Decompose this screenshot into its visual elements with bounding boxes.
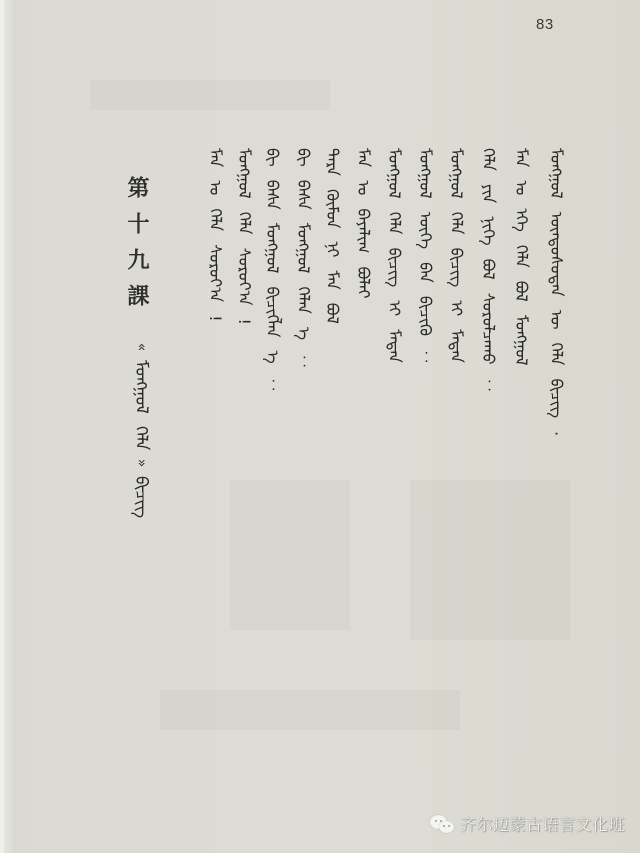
text-column-3: ᠬᠡᠯᠡ ᠶᠢᠨ ᠨᠢᠭᠡ ᠪᠣᠯ ᠰᠤᠷᠤᠯᠴᠠᠬᠤ ︰ [476,148,500,394]
text-column-2: ᠮᠠᠨ ᠤ ᠡᠬᠡ ᠬᠡᠯᠡ ᠪᠣᠯ ᠮᠣᠩᠭᠣᠯ [509,148,533,366]
watermark-text: 齐尔迈蒙古语言文化班 [460,812,625,835]
show-through-block [230,480,350,630]
show-through-block [410,480,570,640]
text-column-9: ᠪᠢ ᠪᠠᠰᠠ ᠮᠣᠩᠭᠣᠯ ᠬᠡᠯᠡᠨ ᠡ ︰ [291,148,315,369]
text-column-8: ᠲᠡᠷᠡ ᠬᠦᠮᠦᠨ ᠨᠢ ᠮᠠᠨ ᠪᠣᠯ [320,148,344,324]
subtitle-word: ᠬᠡᠯᠡ [130,426,152,450]
text-column-4: ᠮᠣᠩᠭᠣᠯ ᠬᠡᠯᠡ ᠪᠢᠴᠢᠭ ᠢ ᠮᠡᠳᠡᠨ [444,148,468,363]
open-quote: « [134,343,148,352]
show-through-block [160,690,460,730]
close-quote: » [134,459,148,468]
page-edge [0,0,4,853]
show-through-block [90,80,330,110]
text-column-6: ᠮᠣᠩᠭᠣᠯ ᠬᠡᠯᠡ ᠪᠢᠴᠢᠭ ᠢ ᠮᠡᠳᠡᠨ [382,148,406,363]
page-number: 83 [536,16,554,33]
text-column-1: ᠮᠣᠩᠭᠣᠯ ᠦᠨᠳᠦᠰᠦᠲᠡᠨ ᠦ ᠬᠡᠯᠡ ᠪᠢᠴᠢᠭ · [544,148,568,436]
lesson-title: 第十九課 [124,176,154,320]
subtitle-word: ᠪᠢᠴᠢᠭ [130,476,152,518]
text-column-10: ᠪᠢ ᠪᠠᠰᠠ ᠮᠣᠩᠭᠣᠯ ᠪᠢᠴᠢᠭᠯᠡᠨ ᠡ ︰ [260,148,284,393]
text-column-11: ᠮᠣᠩᠭᠣᠯ ᠬᠡᠯᠡ ᠰᠤᠷᠤᠶ᠎ᠠ ! [232,148,256,325]
text-column-12: ᠮᠠᠨ ᠤ ᠬᠡᠯᠡ ᠰᠤᠷᠤᠶ᠎ᠠ ! [203,148,227,322]
wechat-icon [430,813,456,835]
watermark: 齐尔迈蒙古语言文化班 [430,812,625,835]
book-page: 83 第十九課 « ᠮᠣᠩᠭᠣᠯ ᠬᠡᠯᠡ » ᠪᠢᠴᠢᠭ ᠮᠣᠩᠭᠣᠯ ᠦᠨᠳ… [0,0,640,853]
text-column-5: ᠮᠣᠩᠭᠣᠯ ᠦᠭᠡ ᠪᠡᠨ ᠪᠢᠴᠢᠬᠦ ︰ [413,148,437,365]
text-column-7: ᠮᠠᠨ ᠤ ᠪᠠᠶᠠᠯᠢᠭ ᠪᠣᠯᠠᠢ [351,148,375,299]
lesson-subtitle: « ᠮᠣᠩᠭᠣᠯ ᠬᠡᠯᠡ » ᠪᠢᠴᠢᠭ [126,340,156,550]
subtitle-word: ᠮᠣᠩᠭᠣᠯ [130,360,152,414]
